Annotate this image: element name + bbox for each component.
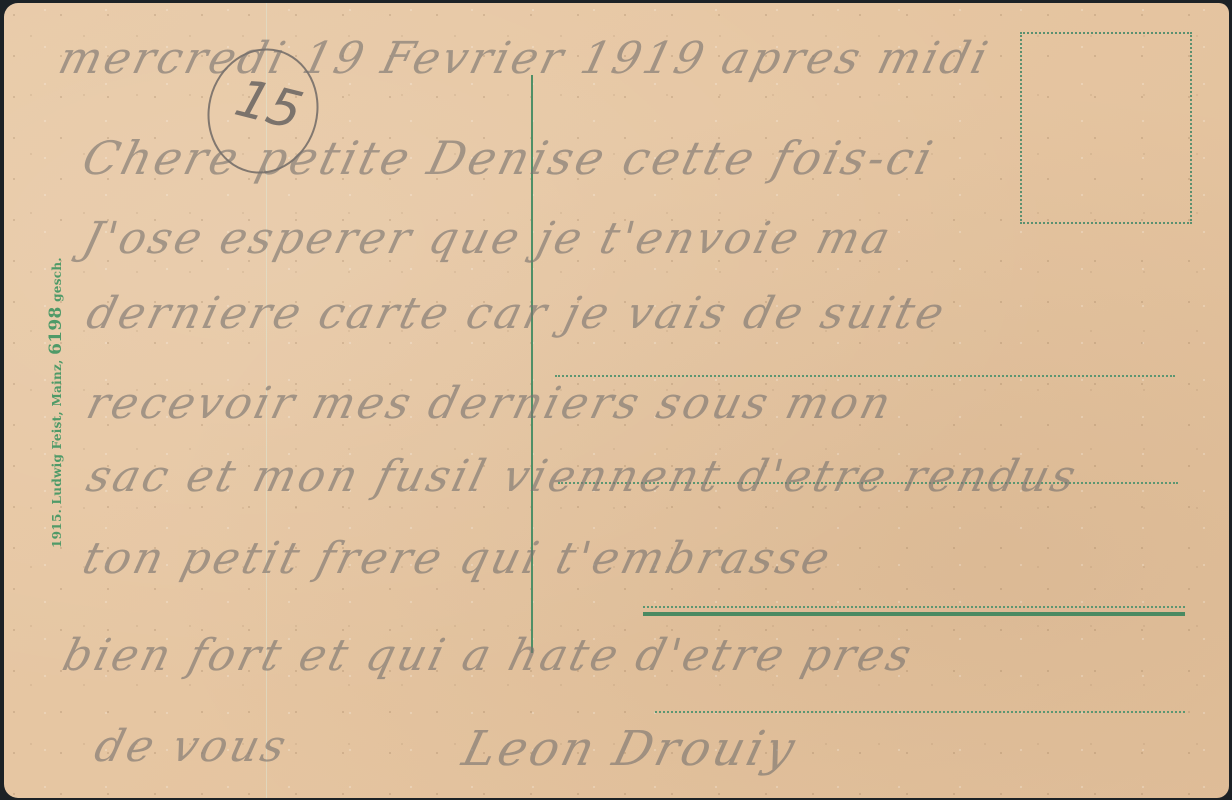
handwriting-line-5: recevoir mes derniers sous mon xyxy=(82,378,899,429)
handwriting-line-6: sac et mon fusil viennent d'etre rendus xyxy=(82,451,1084,502)
handwriting-line-4: derniere carte car je vais de suite xyxy=(82,288,952,339)
address-underline-solid xyxy=(643,612,1185,616)
address-line-1 xyxy=(555,375,1175,377)
handwriting-line-2: Chere petite Denise cette fois-ci xyxy=(77,131,940,185)
address-line-3 xyxy=(643,606,1185,608)
stamp-box xyxy=(1020,32,1192,224)
imprint-prefix: 1915. Ludwig Feist, Mainz, xyxy=(50,355,64,548)
imprint-number: 6198 xyxy=(46,306,66,355)
handwriting-line-7: ton petit frere qui t'embrasse xyxy=(78,533,838,584)
publisher-imprint: 1915. Ludwig Feist, Mainz, 6198 gesch. xyxy=(46,257,66,548)
handwriting-line-1: mercredi 19 Fevrier 1919 apres midi xyxy=(54,33,996,84)
handwriting-signature: Leon Drouiy xyxy=(457,721,803,777)
postcard-back: 1915. Ludwig Feist, Mainz, 6198 gesch. 1… xyxy=(4,3,1229,798)
address-line-4 xyxy=(655,711,1185,713)
handwriting-line-9: de vous xyxy=(90,721,294,772)
handwriting-line-8: bien fort et qui a hate d'etre pres xyxy=(58,630,919,681)
imprint-suffix: gesch. xyxy=(50,257,64,306)
handwriting-line-3: J'ose esperer que je t'envoie ma xyxy=(78,213,898,264)
